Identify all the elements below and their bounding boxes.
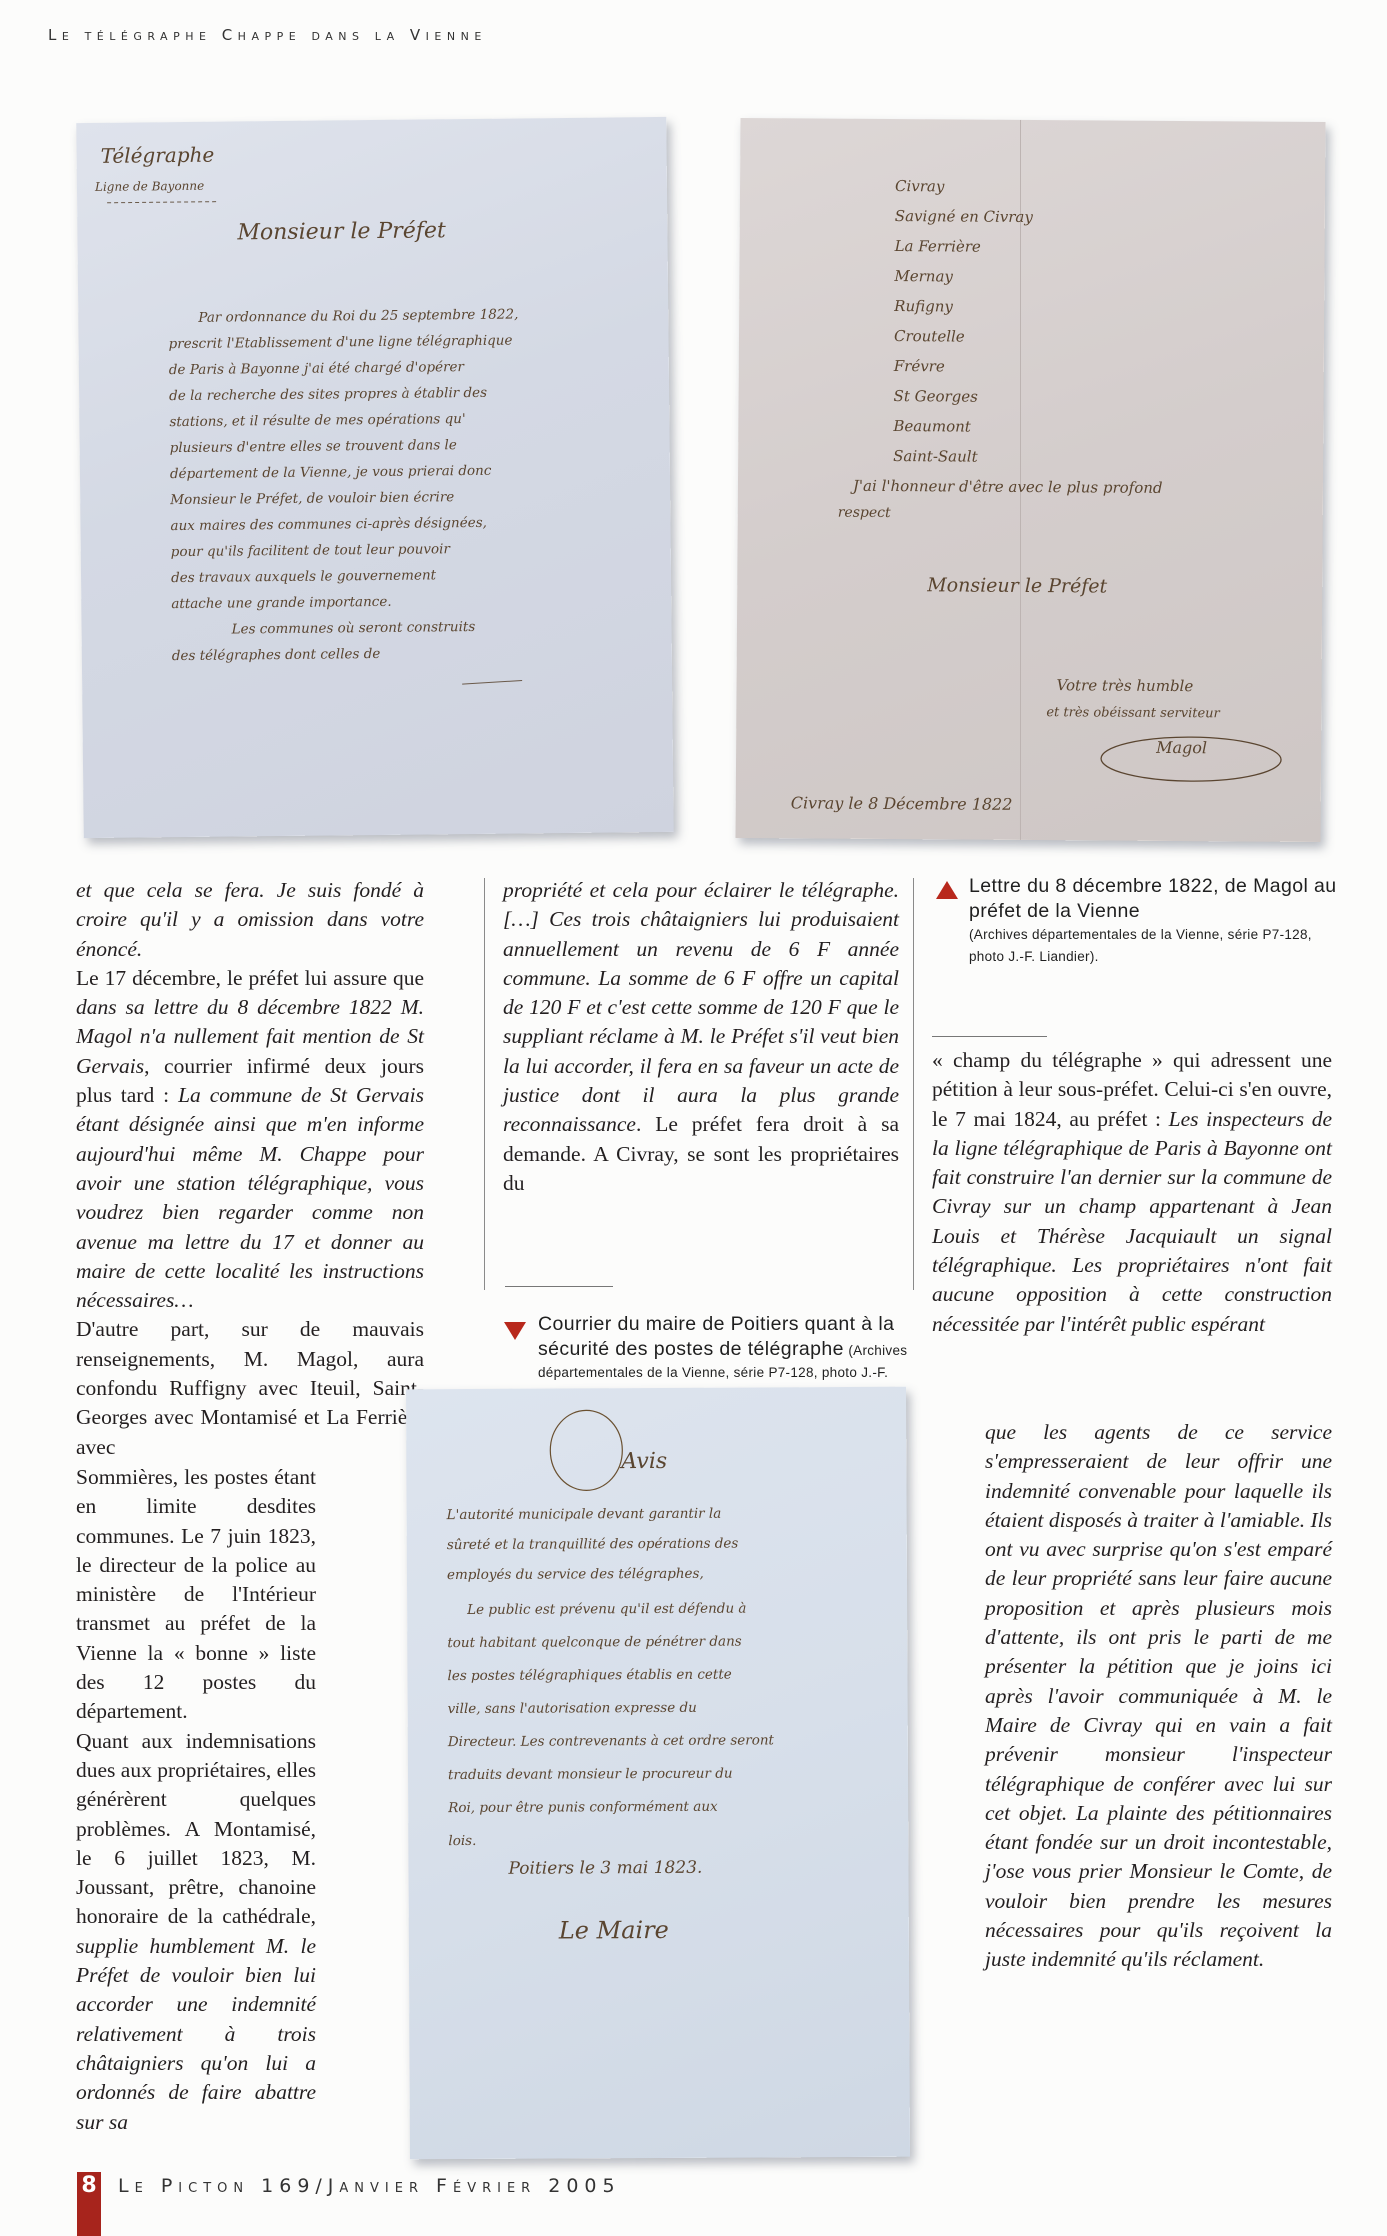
svg-text:Beaumont: Beaumont [892,417,972,436]
svg-text:Savigné en Civray: Savigné en Civray [895,207,1034,226]
caption-credit: (Archives départementales de la Vienne, … [969,924,1339,968]
svg-text:lois.: lois. [448,1833,476,1849]
svg-text:sûreté et la tranquillité des: sûreté et la tranquillité des opérations… [447,1536,739,1554]
article-column-3: « champ du télégraphe » qui adressent un… [932,1046,1332,1339]
svg-text:Votre très humble: Votre très humble [1057,676,1194,695]
caption-rule [932,1036,1047,1037]
svg-text:Magol: Magol [1155,738,1207,757]
caption-title: Courrier du maire de Poitiers quant à la… [538,1313,894,1360]
svg-text:prescrit l'Etablissement d'une: prescrit l'Etablissement d'une ligne tél… [169,333,513,353]
article-column-1-continued: Sommières, les postes étant en limite de… [76,1463,316,2137]
svg-text:employés du service des télégr: employés du service des télégraphes, [447,1566,704,1583]
svg-text:plusieurs d'entre elles se tro: plusieurs d'entre elles se trouvent dans… [170,437,457,456]
running-head: Le télégraphe Chappe dans la Vienne [48,26,487,44]
photo-avis-maire-poitiers: Avis L'autorité municipale devant garant… [406,1387,910,2160]
svg-text:Saint-Sault: Saint-Sault [893,447,979,466]
column-divider [484,878,485,1290]
quote-text: propriété et cela pour éclairer le télég… [503,878,899,1136]
letter-salutation: Monsieur le Préfet [236,218,446,245]
svg-text:Rufigny: Rufigny [893,297,953,315]
svg-text:tout habitant quelconque de pé: tout habitant quelconque de pénétrer dan… [447,1634,742,1652]
svg-text:des travaux auxquels le gouver: des travaux auxquels le gouvernement [171,567,437,586]
svg-text:de Paris à Bayonne j'ai été ch: de Paris à Bayonne j'ai été chargé d'opé… [169,359,466,378]
quote-text: Les inspecteurs de la ligne télégraphiqu… [932,1107,1332,1336]
svg-text:des télégraphes dont celles de: des télégraphes dont celles de [172,646,381,664]
svg-text:stations, et il résulte de mes: stations, et il résulte de mes opération… [169,411,465,430]
article-column-1: et que cela se fera. Je suis fondé à cro… [76,876,424,1462]
svg-text:ville, sans l'autorisation exp: ville, sans l'autorisation expresse du [448,1700,697,1717]
svg-text:attache une grande importance.: attache une grande importance. [171,594,391,612]
svg-text:Le Maire: Le Maire [558,1916,669,1945]
svg-text:Directeur. Les contrevenants à: Directeur. Les contrevenants à cet ordre… [447,1732,775,1750]
caption-marker-down-icon [504,1322,526,1340]
svg-text:La Ferrière: La Ferrière [894,237,981,256]
publication-footer: Le Picton 169/Janvier Février 2005 [118,2175,621,2197]
column-divider [913,878,914,1290]
caption-magol: Lettre du 8 décembre 1822, de Magol au p… [969,874,1339,968]
caption-title: Lettre du 8 décembre 1822, de Magol au p… [969,874,1339,924]
caption-rule [505,1286,613,1287]
svg-text:respect: respect [838,505,891,521]
article-text: Le 17 décembre, le préfet lui assure que [76,966,424,990]
photo-letter-telegraphe: Télégraphe Ligne de Bayonne Monsieur le … [76,117,673,838]
svg-text:Civray le 8 Décembre 1822: Civray le 8 Décembre 1822 [791,793,1013,814]
svg-text:Les communes où seront constru: Les communes où seront construits [231,619,476,638]
svg-text:Avis: Avis [619,1449,667,1474]
article-column-2: propriété et cela pour éclairer le télég… [503,876,899,1198]
svg-text:et très obéissant serviteur: et très obéissant serviteur [1046,705,1220,721]
svg-text:traduits devant monsieur le pr: traduits devant monsieur le procureur du [448,1766,733,1783]
page-number: 8 [80,2172,98,2200]
letter-heading: Télégraphe [100,143,214,168]
svg-text:de la recherche des sites prop: de la recherche des sites propres à étab… [169,385,487,404]
svg-text:Poitiers le 3 mai 1823.: Poitiers le 3 mai 1823. [507,1858,702,1879]
article-text: D'autre part, sur de mauvais renseigneme… [76,1315,424,1461]
handwritten-letter-image: Télégraphe Ligne de Bayonne Monsieur le … [76,117,673,838]
handwritten-notice-image: Avis L'autorité municipale devant garant… [406,1387,910,2160]
svg-text:Frévre: Frévre [893,357,945,375]
svg-text:aux maires des communes ci-apr: aux maires des communes ci-après désigné… [170,515,487,534]
svg-text:Civray: Civray [895,177,945,195]
svg-text:les postes télégraphiques étab: les postes télégraphiques établis en cet… [447,1667,731,1684]
svg-text:St Georges: St Georges [894,387,979,406]
svg-text:Le public est prévenu qu'il es: Le public est prévenu qu'il est défendu … [466,1601,746,1618]
article-text: Sommières, les postes étant en limite de… [76,1463,316,1727]
svg-text:Monsieur le Préfet, de vouloir: Monsieur le Préfet, de vouloir bien écri… [169,489,454,508]
caption-marker-up-icon [936,881,958,899]
quote-text: que les agents de ce service s'empresser… [985,1420,1332,1971]
svg-text:Mernay: Mernay [893,267,953,285]
svg-text:Roi, pour être punis conformém: Roi, pour être punis conformément aux [447,1799,718,1816]
svg-text:J'ai l'honneur d'être avec le: J'ai l'honneur d'être avec le plus profo… [850,477,1163,497]
svg-text:Par ordonnance du Roi du 25 se: Par ordonnance du Roi du 25 septembre 18… [197,306,518,325]
article-text: et que cela se fera. Je suis fondé à cro… [76,878,424,961]
quote-text: supplie humblement M. le Préfet de voulo… [76,1934,316,2134]
svg-text:département de la Vienne, je v: département de la Vienne, je vous priera… [170,463,492,482]
svg-text:Monsieur le Préfet: Monsieur le Préfet [926,574,1107,597]
svg-text:L'autorité municipale devant g: L'autorité municipale devant garantir la [446,1506,722,1523]
svg-text:Croutelle: Croutelle [894,327,965,345]
quote-text: La commune de St Gervais étant désignée … [76,1083,424,1312]
article-text: Quant aux indemnisations dues aux propri… [76,1729,316,1929]
letter-subheading: Ligne de Bayonne [94,179,204,194]
handwritten-letter-image: Civray Savigné en Civray La Ferrière Mer… [735,118,1325,842]
photo-letter-magol: Civray Savigné en Civray La Ferrière Mer… [735,118,1325,842]
article-column-3-continued: que les agents de ce service s'empresser… [985,1418,1332,1975]
svg-text:pour qu'ils facilitent de tout: pour qu'ils facilitent de tout leur pouv… [171,541,452,560]
